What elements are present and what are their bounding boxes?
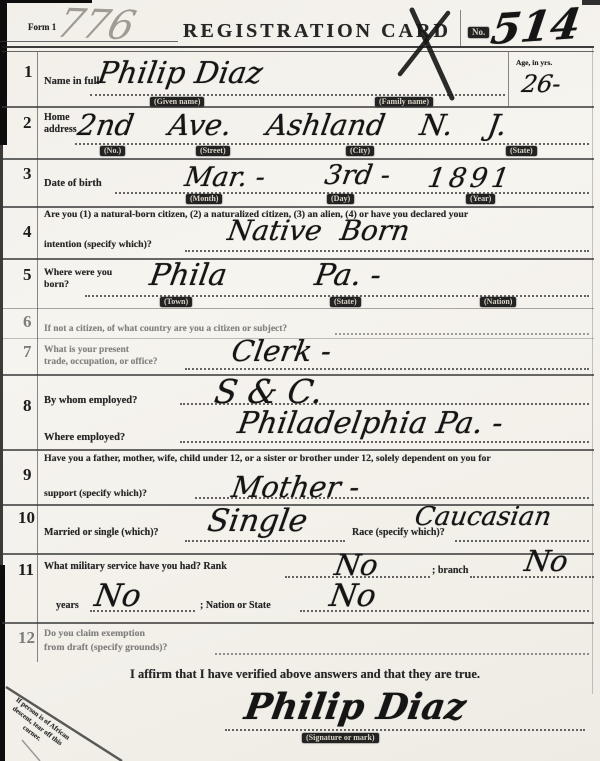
row9-entry-line	[195, 497, 589, 499]
row7-entry-line	[185, 368, 589, 370]
row5-number: 5	[23, 265, 32, 285]
row10-married-line	[185, 540, 345, 542]
signature-handwritten: Philip Diaz	[242, 686, 469, 728]
header-rule-heavy	[2, 46, 594, 48]
row1-entry-line	[90, 94, 505, 96]
row3-border	[2, 206, 594, 208]
row7-label-1: What is your present	[44, 345, 129, 355]
affirmation-text: I affirm that I have verified above answ…	[110, 667, 500, 682]
row4-border	[2, 258, 594, 260]
row8-border	[2, 449, 594, 451]
row2-entry: 2nd Ave. Ashland N. J.	[75, 108, 509, 142]
row1-entry: Philip Diaz	[95, 56, 265, 91]
row8-label-where: Where employed?	[44, 432, 125, 443]
row5-sub-state: (State)	[330, 297, 361, 307]
row10-race-line	[455, 540, 589, 542]
row11-label-branch: ; branch	[432, 565, 468, 576]
row10-entry-race: Caucasian	[413, 502, 554, 532]
row5-label-2: born?	[44, 279, 69, 290]
row8-entry-by-line	[180, 403, 589, 405]
form-number-handwritten: 776	[52, 1, 141, 50]
scan-edge-left-mid	[0, 145, 3, 565]
row1-number: 1	[24, 62, 33, 82]
row6-label: If not a citizen, of what country are yo…	[44, 324, 287, 334]
row9-label-1: Have you a father, mother, wife, child u…	[44, 453, 491, 464]
row11-branch-line	[470, 576, 594, 578]
row11-years-line	[90, 610, 195, 612]
row10-number: 10	[18, 508, 35, 528]
row7-label-2: trade, occupation, or office?	[44, 357, 158, 367]
card-title: REGISTRATION CARD	[183, 20, 451, 43]
right-border	[592, 46, 593, 694]
corner-tear-off-note: If person is of African descent, tear of…	[0, 692, 76, 761]
row2-sub-city: (City)	[346, 146, 374, 156]
signature-line	[225, 729, 585, 731]
scan-edge-left-bottom	[0, 565, 5, 761]
row4-label-2: intention (specify which)?	[44, 239, 152, 250]
row12-entry-line	[215, 653, 589, 655]
form-label: Form 1	[28, 22, 56, 32]
age-value: 26-	[520, 70, 563, 98]
signature-label: (Signature or mark)	[302, 733, 379, 743]
scan-edge-left-top	[0, 0, 7, 145]
row8-entry-where: Philadelphia Pa. -	[235, 406, 505, 441]
row10-label-married: Married or single (which)?	[44, 527, 159, 538]
row9-label-2: support (specify which)?	[44, 488, 147, 499]
row3-sub-year: (Year)	[466, 194, 495, 204]
row3-label: Date of birth	[44, 178, 102, 189]
row11-label-rank: What military service have you had? Rank	[44, 561, 227, 572]
row4-number: 4	[23, 222, 32, 242]
header-rule-light	[2, 51, 594, 52]
row5-label-1: Where were you	[44, 267, 112, 278]
row6-number: 6	[23, 312, 32, 332]
row12-label-2: from draft (specify grounds)?	[44, 642, 167, 653]
row12-label-1: Do you claim exemption	[44, 628, 145, 639]
row2-number: 2	[23, 113, 32, 133]
row5-sub-town: (Town)	[160, 297, 192, 307]
row2-border	[2, 158, 594, 160]
row2-label-2: address	[44, 124, 77, 135]
row8-entry-where-line	[180, 441, 589, 443]
row7-number: 7	[23, 342, 32, 362]
row8-number: 8	[23, 396, 32, 416]
row3-entry-year: 1891	[426, 163, 516, 194]
row3-sub-month: (Month)	[186, 194, 222, 204]
card-number-label: No.	[468, 27, 489, 38]
registration-card: Form 1 776 REGISTRATION CARD No. 514 1 N…	[0, 0, 600, 761]
row5-border	[2, 308, 594, 309]
row10-border	[2, 553, 594, 555]
row11-border	[2, 622, 594, 624]
age-box-rule	[508, 52, 509, 106]
row3-number: 3	[23, 164, 32, 184]
row7-entry: Clerk -	[229, 334, 333, 368]
row11-label-nation: ; Nation or State	[200, 600, 271, 611]
row11-label-years: years	[56, 600, 79, 611]
row3-sub-day: (Day)	[327, 194, 354, 204]
row6-entry-line	[335, 333, 589, 335]
row11-number: 11	[18, 560, 34, 580]
scan-edge-top-right	[582, 0, 600, 5]
row4-entry: Native Born	[225, 214, 412, 247]
row11-entry-nation: No	[327, 578, 378, 614]
row2-sub-no: (No.)	[100, 146, 125, 156]
row3-entry-month: Mar. -	[183, 162, 268, 193]
header-divider	[460, 10, 461, 46]
number-column-rule	[37, 52, 38, 662]
row2-sub-street: (Street)	[196, 146, 230, 156]
age-label: Age, in yrs.	[516, 58, 552, 67]
row5-entry-town: Phila	[147, 258, 229, 293]
row5-sub-nation: (Nation)	[480, 297, 516, 307]
row8-label-by: By whom employed?	[44, 395, 137, 406]
row11-nation-line	[300, 610, 589, 612]
row11-entry-years: No	[92, 578, 143, 614]
row3-entry-day: 3rd -	[323, 160, 393, 191]
row2-label-1: Home	[44, 112, 70, 123]
row2-entry-line	[75, 143, 589, 145]
row11-entry-branch: No	[522, 544, 570, 578]
row4-entry-line	[185, 250, 589, 252]
row5-entry-state: Pa. -	[312, 258, 383, 293]
row10-entry-married: Single	[205, 503, 310, 539]
header-rule-short	[0, 41, 178, 42]
row9-number: 9	[23, 465, 32, 485]
row2-sub-state: (State)	[506, 146, 537, 156]
row12-number: 12	[18, 628, 35, 648]
row1-label: Name in full	[44, 76, 99, 87]
